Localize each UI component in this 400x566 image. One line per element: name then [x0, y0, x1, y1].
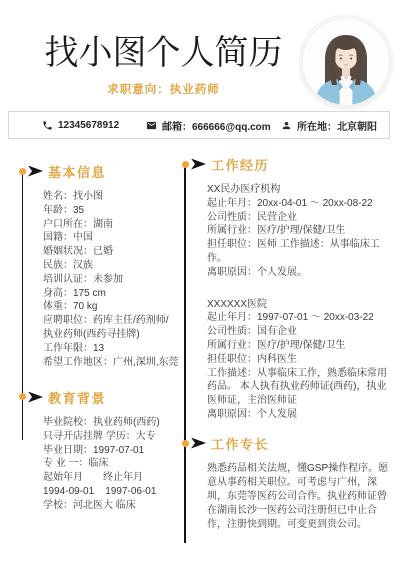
dot-icon [19, 168, 26, 175]
info-line: 婚姻状况：已婚 [43, 245, 180, 259]
job-intention: 求职意向：执业药师 [0, 81, 327, 97]
job-details: 起止年月：1997-07-01 ～ 20xx-03-22公司性质：国有企业所属行… [207, 311, 391, 421]
specialty-text: 熟悉药品相关法规，懂GSP操作程序。愿意从事药相关职位。可考虑与广州，深圳，东莞… [207, 462, 395, 532]
arrow-right-icon [191, 159, 206, 170]
avatar-illustration [303, 19, 389, 105]
person-icon [281, 120, 292, 131]
info-line: 所属行业：医疗/护理/保健/卫生 [207, 224, 391, 238]
section-basic-info: 基本信息 姓名：找小图年龄：35户口所在：湖南国籍：中国婚姻状况：已婚民族：汉族… [28, 160, 180, 369]
info-line: 姓名：找小图 [43, 190, 180, 204]
info-line: 国籍：中国 [43, 231, 180, 245]
section-education: 教育背景 毕业院校：执业药师(西药)只寻开店挂牌 学历：大专毕业日期：1997-… [28, 386, 180, 513]
arrow-right-icon [28, 166, 43, 177]
section-title: 基本信息 [48, 162, 106, 181]
info-line: 体重：70 kg [43, 300, 180, 314]
section-title: 教育背景 [48, 388, 106, 407]
job-entry: XX民办医疗机构 起止年月：20xx-04-01 ～ 20xx-08-22公司性… [207, 183, 391, 280]
section-header: 教育背景 [28, 386, 180, 408]
section-title: 工作经历 [211, 155, 269, 174]
resume-page: 找小图个人简历 求职意向：执业药师 [0, 0, 400, 566]
job-details: 起止年月：20xx-04-01 ～ 20xx-08-22公司性质：民营企业所属行… [207, 197, 391, 280]
contact-phone: 12345678912 [42, 112, 119, 138]
info-line: 民族：汉族 [43, 259, 180, 273]
section-title: 工作专长 [211, 434, 269, 453]
info-line: 户口所在：湖南 [43, 218, 180, 232]
info-line: 起止年月：20xx-04-01 ～ 20xx-08-22 [207, 197, 391, 211]
info-line: 年龄：35 [43, 204, 180, 218]
dot-icon [182, 161, 189, 168]
phone-icon [42, 120, 53, 131]
contact-location: 所在地：北京朝阳 [281, 112, 377, 138]
info-line: 专 业 一：临床 [43, 457, 180, 471]
info-line: 工作年限：13 [43, 342, 180, 356]
info-line: 公司性质：民营企业 [207, 211, 391, 225]
arrow-right-icon [191, 438, 206, 449]
info-line: 担任职位：内科医生 [207, 353, 391, 367]
section-header: 基本信息 [28, 160, 180, 182]
info-line: 只寻开店挂牌 学历：大专 [43, 430, 180, 444]
info-line: 学校：河北医大 临床 [43, 499, 180, 513]
phone-number: 12345678912 [58, 120, 119, 131]
info-line: 1994-09-01 1997-06-01 [43, 485, 180, 499]
info-line: 担任职位：医师 工作描述：从事临床工作。 [207, 238, 391, 266]
dot-icon [19, 393, 26, 400]
dot-icon [182, 440, 189, 447]
job-entry: XXXXXX医院 起止年月：1997-07-01 ～ 20xx-03-22公司性… [207, 298, 391, 422]
basic-info-list: 姓名：找小图年龄：35户口所在：湖南国籍：中国婚姻状况：已婚民族：汉族培训认证：… [43, 190, 180, 369]
info-line: 培训认证：未参加 [43, 273, 180, 287]
timeline-rule-right [184, 164, 186, 543]
education-list: 毕业院校：执业药师(西药)只寻开店挂牌 学历：大专毕业日期：1997-07-01… [43, 416, 180, 513]
section-specialty: 工作专长 熟悉药品相关法规，懂GSP操作程序。愿意从事药相关职位。可考虑与广州，… [191, 432, 391, 532]
envelope-icon [146, 120, 157, 131]
info-line: 希望工作地区：广州,深圳,东莞 [43, 356, 180, 370]
info-line: 毕业院校：执业药师(西药) [43, 416, 180, 430]
section-header: 工作专长 [191, 432, 391, 454]
info-line: 毕业日期：1997-07-01 [43, 444, 180, 458]
location-text: 所在地：北京朝阳 [297, 118, 377, 133]
info-line: 公司性质：国有企业 [207, 325, 391, 339]
email-text: 邮箱：666666@qq.com [162, 118, 271, 133]
info-line: 起止年月：1997-07-01 ～ 20xx-03-22 [207, 311, 391, 325]
contact-bar: 12345678912 邮箱：666666@qq.com 所在地：北京朝阳 [8, 111, 390, 139]
section-work-experience: 工作经历 XX民办医疗机构 起止年月：20xx-04-01 ～ 20xx-08-… [191, 153, 391, 422]
info-line: 离职原因：个人发展 [207, 408, 391, 422]
info-line: 起始年月 终止年月 [43, 471, 180, 485]
section-header: 工作经历 [191, 153, 391, 175]
info-line: 工作描述：从事临床工作，熟悉临床常用药品。 本人执有执业药师证(西药)，执业医师… [207, 367, 391, 408]
info-line: 应聘职位：药库主任/药剂师/ 执业药师(西药寻挂牌) [43, 314, 180, 342]
info-line: 所属行业：医疗/护理/保健/卫生 [207, 339, 391, 353]
info-line: 身高：175 cm [43, 287, 180, 301]
company-name: XX民办医疗机构 [207, 183, 391, 197]
avatar [303, 19, 389, 105]
company-name: XXXXXX医院 [207, 298, 391, 312]
page-title: 找小图个人简历 [0, 33, 327, 73]
info-line: 离职原因：个人发展。 [207, 266, 391, 280]
arrow-right-icon [28, 392, 43, 403]
contact-email: 邮箱：666666@qq.com [146, 112, 271, 138]
